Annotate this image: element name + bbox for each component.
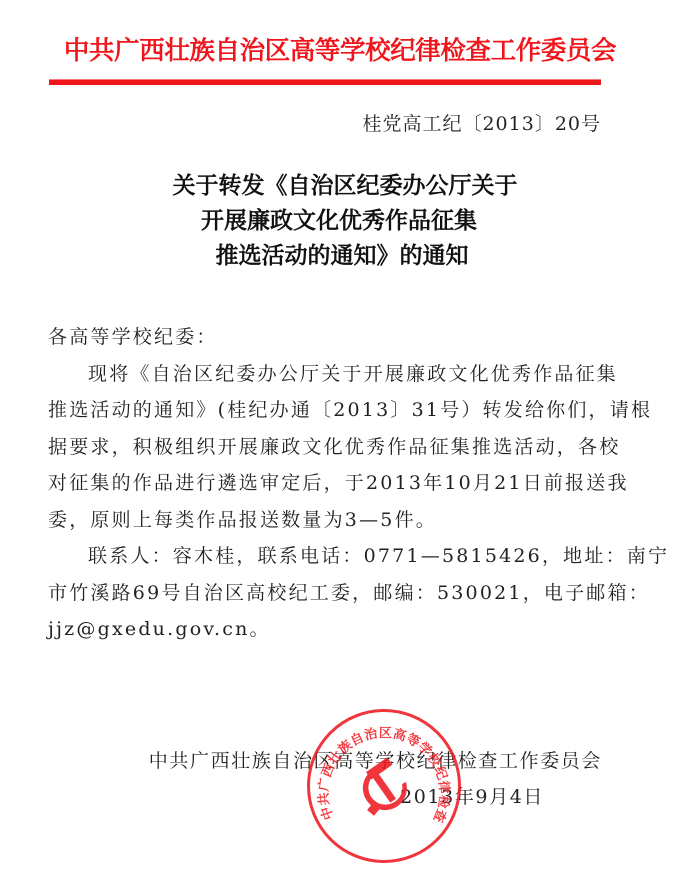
signature-block: 中共广西壮族自治区高等学校纪律检查工作委员会 2013年9月4日 (149, 743, 602, 815)
document-page: 中共广西壮族自治区高等学校纪律检查工作委员会 桂党高工纪〔2013〕20号 关于… (0, 0, 680, 887)
paragraph-2-line: 市竹溪路69号自治区高校纪工委，邮编：530021，电子邮箱： (48, 575, 608, 612)
paragraph-1-line: 委，原则上每类作品报送数量为3—5件。 (48, 502, 608, 539)
document-body: 各高等学校纪委： 现将《自治区纪委办公厅关于开展廉政文化优秀作品征集 推选活动的… (48, 319, 608, 648)
title-line-2: 开展廉政文化优秀作品征集 (0, 203, 680, 238)
document-title: 关于转发《自治区纪委办公厅关于 开展廉政文化优秀作品征集 推选活动的通知》的通知 (0, 168, 680, 273)
title-line-1: 关于转发《自治区纪委办公厅关于 (10, 168, 680, 203)
paragraph-1-line: 据要求，积极组织开展廉政文化优秀作品征集推选活动，各校 (48, 429, 608, 466)
contact-email: jjz@gxedu.gov.cn。 (48, 611, 608, 648)
letterhead-title: 中共广西壮族自治区高等学校纪律检查工作委员会 (0, 34, 680, 68)
paragraph-1-line: 对征集的作品进行遴选审定后，于2013年10月21日前报送我 (48, 465, 608, 502)
issue-date: 2013年9月4日 (149, 779, 602, 815)
paragraph-1-line: 现将《自治区纪委办公厅关于开展廉政文化优秀作品征集 (48, 356, 608, 393)
salutation: 各高等学校纪委： (48, 319, 608, 356)
letterhead-red-rule (49, 80, 601, 85)
paragraph-2-line: 联系人：容木桂，联系电话：0771—5815426，地址：南宁 (48, 538, 608, 575)
title-line-3: 推选活动的通知》的通知 (4, 238, 680, 273)
paragraph-1-line: 推选活动的通知》(桂纪办通〔2013〕31号）转发给你们，请根 (48, 392, 608, 429)
document-number: 桂党高工纪〔2013〕20号 (362, 111, 601, 137)
issuer-name: 中共广西壮族自治区高等学校纪律检查工作委员会 (149, 743, 602, 779)
